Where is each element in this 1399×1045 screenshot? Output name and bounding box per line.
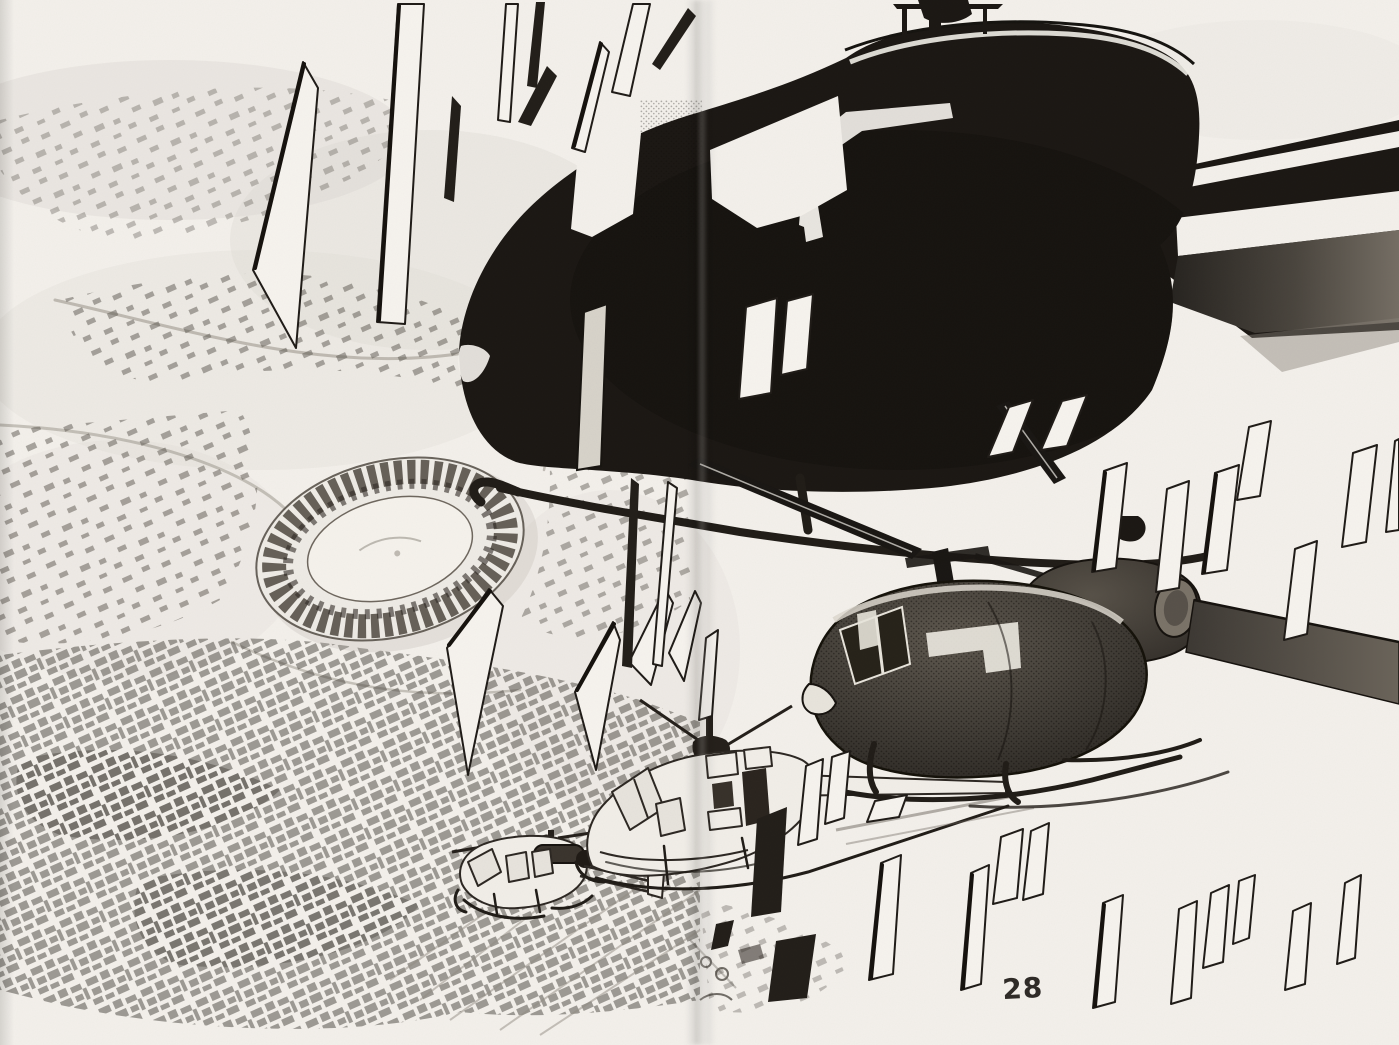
manga-page-scan: 28 [0,0,1399,1045]
paper-grain-overlay [0,0,1399,1045]
spread-artwork: 28 [0,0,1399,1045]
